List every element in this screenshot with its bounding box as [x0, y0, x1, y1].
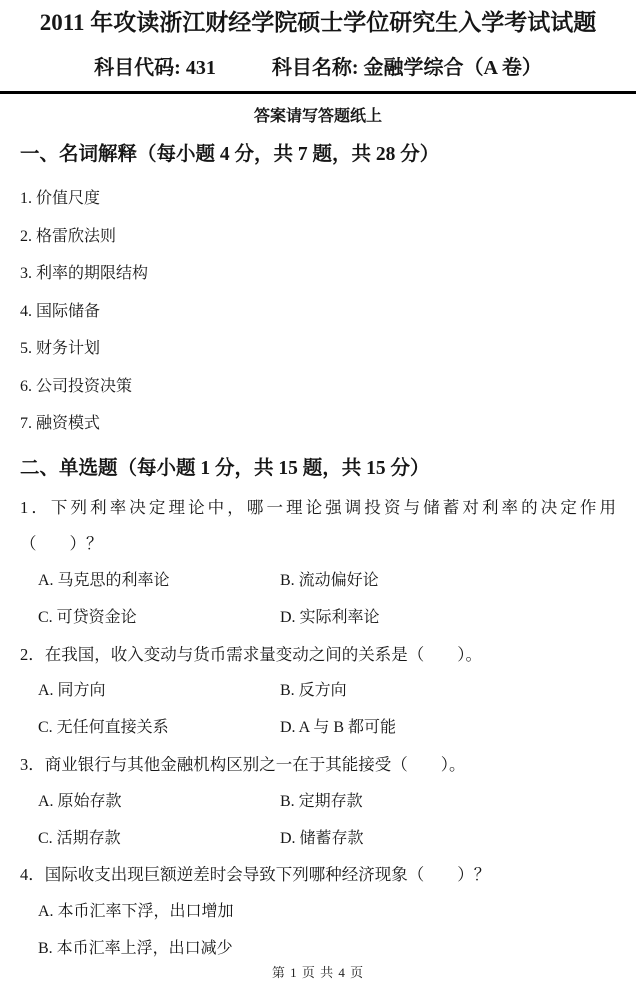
- question-3-option-c: C. 活期存款: [38, 821, 280, 858]
- term-item-3: 3. 利率的期限结构: [20, 253, 616, 291]
- term-item-7: 7. 融资模式: [20, 403, 616, 441]
- term-item-4: 4. 国际储备: [20, 291, 616, 329]
- question-3-option-d: D. 储蓄存款: [280, 821, 616, 858]
- page-title: 2011 年攻读浙江财经学院硕士学位研究生入学考试试题: [20, 8, 616, 38]
- term-list: 1. 价值尺度 2. 格雷欣法则 3. 利率的期限结构 4. 国际储备 5. 财…: [20, 178, 616, 441]
- question-3-option-b: B. 定期存款: [280, 784, 616, 821]
- term-item-6: 6. 公司投资决策: [20, 366, 616, 404]
- answer-notice: 答案请写答题纸上: [20, 106, 616, 127]
- question-2-text: 2．在我国，收入变动与货币需求量变动之间的关系是（ ）。: [20, 637, 616, 674]
- question-3: 3．商业银行与其他金融机构区别之一在于其能接受（ ）。 A. 原始存款 B. 定…: [20, 747, 616, 857]
- question-3-options: A. 原始存款 B. 定期存款 C. 活期存款 D. 储蓄存款: [20, 784, 616, 858]
- question-2-option-c: C. 无任何直接关系: [38, 710, 280, 747]
- question-3-text: 3．商业银行与其他金融机构区别之一在于其能接受（ ）。: [20, 747, 616, 784]
- question-2: 2．在我国，收入变动与货币需求量变动之间的关系是（ ）。 A. 同方向 B. 反…: [20, 637, 616, 747]
- term-item-2: 2. 格雷欣法则: [20, 216, 616, 254]
- question-2-options: A. 同方向 B. 反方向 C. 无任何直接关系 D. A 与 B 都可能: [20, 673, 616, 747]
- question-1-options: A. 马克思的利率论 B. 流动偏好论 C. 可贷资金论 D. 实际利率论: [20, 563, 616, 637]
- page-footer: 第 1 页 共 4 页: [0, 962, 636, 981]
- subject-line: 科目代码: 431 科目名称: 金融学综合（A 卷）: [20, 55, 616, 81]
- exam-page: 2011 年攻读浙江财经学院硕士学位研究生入学考试试题 科目代码: 431 科目…: [0, 0, 636, 994]
- question-4-text: 4．国际收支出现巨额逆差时会导致下列哪种经济现象（ ）？: [20, 857, 616, 894]
- question-2-option-a: A. 同方向: [38, 673, 280, 710]
- section-1-heading: 一、名词解释（每小题 4 分，共 7 题，共 28 分）: [20, 140, 616, 170]
- question-2-option-d: D. A 与 B 都可能: [280, 710, 616, 747]
- question-2-option-b: B. 反方向: [280, 673, 616, 710]
- term-item-1: 1. 价值尺度: [20, 178, 616, 216]
- term-item-5: 5. 财务计划: [20, 328, 616, 366]
- subject-code: 科目代码: 431: [94, 55, 216, 81]
- question-1-text: 1．下列利率决定理论中，哪一理论强调投资与储蓄对利率的决定作用: [20, 490, 616, 527]
- question-1-option-b: B. 流动偏好论: [280, 563, 616, 600]
- subject-name: 科目名称: 金融学综合（A 卷）: [272, 55, 542, 81]
- header-divider: [0, 91, 636, 94]
- question-3-option-a: A. 原始存款: [38, 784, 280, 821]
- question-list: 1．下列利率决定理论中，哪一理论强调投资与储蓄对利率的决定作用 （ ）？ A. …: [20, 490, 616, 968]
- question-1-option-c: C. 可贷资金论: [38, 600, 280, 637]
- question-4-option-a: A. 本币汇率下浮，出口增加: [38, 894, 616, 931]
- question-4-options: A. 本币汇率下浮，出口增加 B. 本币汇率上浮，出口减少: [20, 894, 616, 968]
- question-1-option-d: D. 实际利率论: [280, 600, 616, 637]
- question-1-bracket: （ ）？: [20, 526, 616, 563]
- question-1: 1．下列利率决定理论中，哪一理论强调投资与储蓄对利率的决定作用 （ ）？ A. …: [20, 490, 616, 637]
- question-1-option-a: A. 马克思的利率论: [38, 563, 280, 600]
- section-2-heading: 二、单选题（每小题 1 分，共 15 题，共 15 分）: [20, 454, 616, 484]
- question-4: 4．国际收支出现巨额逆差时会导致下列哪种经济现象（ ）？ A. 本币汇率下浮，出…: [20, 857, 616, 967]
